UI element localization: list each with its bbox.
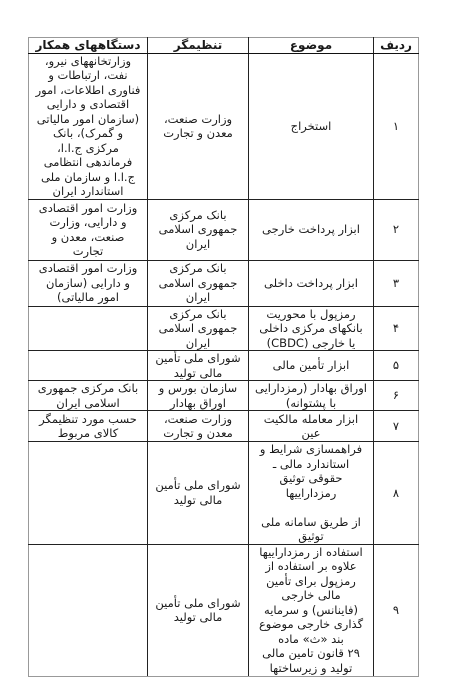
- row-partners: وزارت امور اقتصادی و دارایی (سازمان امور…: [29, 260, 148, 306]
- row-index: ۹: [374, 544, 419, 676]
- row-subject: ابزار پرداخت داخلی: [249, 260, 374, 306]
- header-index: ردیف: [374, 38, 419, 54]
- row-index: ۵: [374, 351, 419, 381]
- row-regulator: بانک مرکزی جمهوری اسلامی ایران: [148, 199, 249, 260]
- row-subject: ابزار تأمین مالی: [249, 351, 374, 381]
- row-partners: [29, 306, 148, 351]
- table-row: ۳ ابزار پرداخت داخلی بانک مرکزی جمهوری ا…: [29, 260, 419, 306]
- row-partners: وزارتخانههای نیرو، نفت، ارتباطات و فناور…: [29, 53, 148, 199]
- row-index: ۶: [374, 381, 419, 411]
- row-partners: وزارت امور اقتصادی و دارایی، وزارت صنعت،…: [29, 199, 148, 260]
- row-partners: [29, 442, 148, 545]
- table-row: ۶ اوراق بهادار (رمزدارایی با پشتوانه) سا…: [29, 381, 419, 411]
- row-index: ۴: [374, 306, 419, 351]
- cooperation-table: ردیف موضوع تنظیمگر دستگاههای همکار ۱ است…: [28, 37, 419, 677]
- header-regulator: تنظیمگر: [148, 38, 249, 54]
- row-index: ۸: [374, 442, 419, 545]
- row-index: ۱: [374, 53, 419, 199]
- row-subject: استفاده از رمزداراییها علاوه بر استفاده …: [249, 544, 374, 676]
- row-regulator: بانک مرکزی جمهوری اسلامی ایران: [148, 306, 249, 351]
- row-partners: [29, 351, 148, 381]
- table-header-row: ردیف موضوع تنظیمگر دستگاههای همکار: [29, 38, 419, 54]
- row-regulator: وزارت صنعت، معدن و تجارت: [148, 53, 249, 199]
- row-subject: ابزار پرداخت خارجی: [249, 199, 374, 260]
- row-partners: حسب مورد تنظیمگر کالای مربوط: [29, 411, 148, 442]
- row-regulator: سازمان بورس و اوراق بهادار: [148, 381, 249, 411]
- row-regulator: شورای ملی تأمین مالی تولید: [148, 442, 249, 545]
- row-subject: ابزار معامله مالکیت عین: [249, 411, 374, 442]
- row-regulator: بانک مرکزی جمهوری اسلامی ایران: [148, 260, 249, 306]
- table-row: ۴ رمزپول با محوریت بانکهای مرکزی داخلی ی…: [29, 306, 419, 351]
- table-row: ۷ ابزار معامله مالکیت عین وزارت صنعت، مع…: [29, 411, 419, 442]
- table-row: ۲ ابزار پرداخت خارجی بانک مرکزی جمهوری ا…: [29, 199, 419, 260]
- table-row: ۱ استخراج وزارت صنعت، معدن و تجارت وزارت…: [29, 53, 419, 199]
- row-index: ۳: [374, 260, 419, 306]
- row-subject: استخراج: [249, 53, 374, 199]
- row-partners: [29, 544, 148, 676]
- row-regulator: شورای ملی تأمین مالی تولید: [148, 351, 249, 381]
- row-index: ۲: [374, 199, 419, 260]
- row-regulator: شورای ملی تأمین مالی تولید: [148, 544, 249, 676]
- row-subject: اوراق بهادار (رمزدارایی با پشتوانه): [249, 381, 374, 411]
- table-row: ۸ فراهمسازی شرایط و استاندارد مالی ـ حقو…: [29, 442, 419, 545]
- header-subject: موضوع: [249, 38, 374, 54]
- row-subject: فراهمسازی شرایط و استاندارد مالی ـ حقوقی…: [249, 442, 374, 545]
- table-row: ۹ استفاده از رمزداراییها علاوه بر استفاد…: [29, 544, 419, 676]
- row-partners: بانک مرکزی جمهوری اسلامی ایران: [29, 381, 148, 411]
- table-row: ۵ ابزار تأمین مالی شورای ملی تأمین مالی …: [29, 351, 419, 381]
- row-subject: رمزپول با محوریت بانکهای مرکزی داخلی یا …: [249, 306, 374, 351]
- row-index: ۷: [374, 411, 419, 442]
- header-partners: دستگاههای همکار: [29, 38, 148, 54]
- row-regulator: وزارت صنعت، معدن و تجارت: [148, 411, 249, 442]
